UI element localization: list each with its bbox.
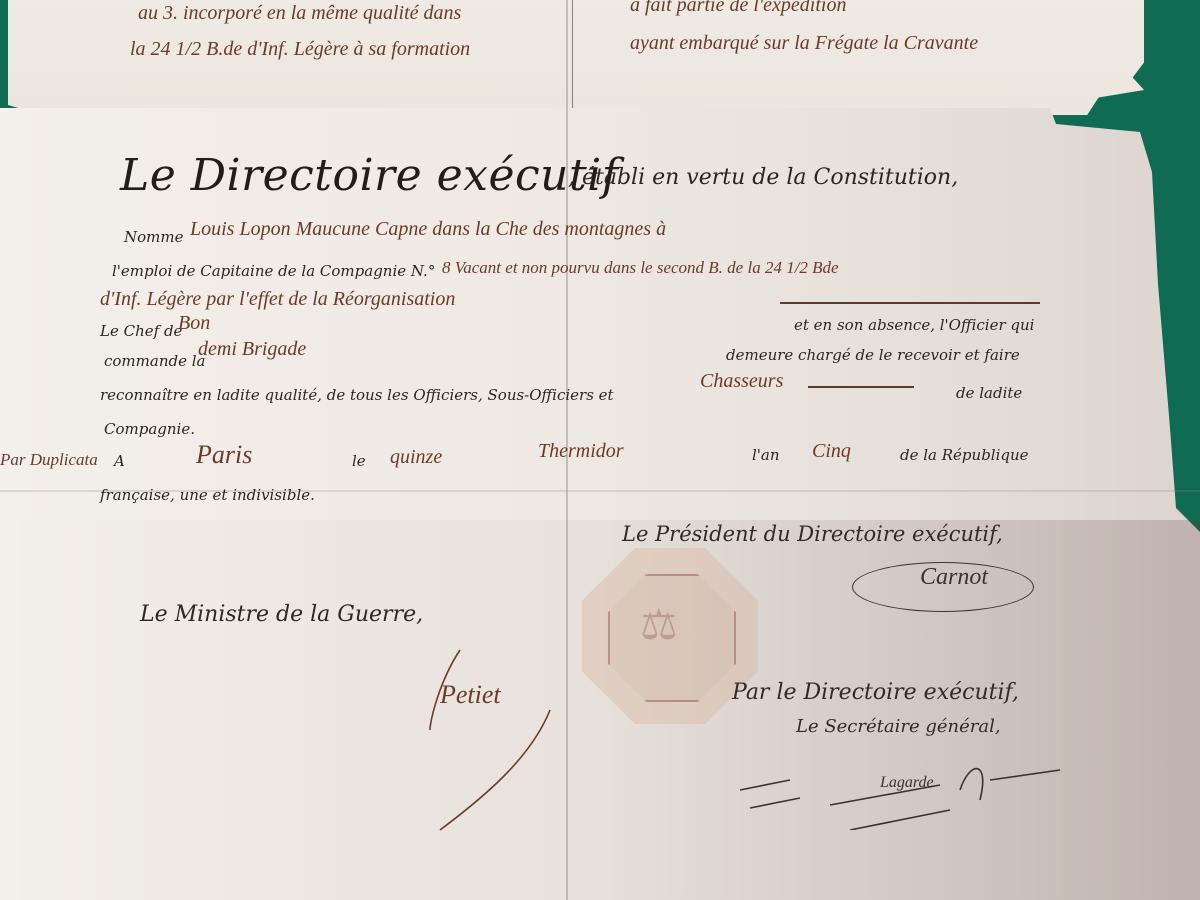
printed-a: A bbox=[114, 452, 125, 470]
secretary-title: Le Secrétaire général, bbox=[796, 716, 1001, 737]
handwritten-chasseurs: Chasseurs bbox=[700, 370, 783, 393]
fill-line-6 bbox=[808, 386, 914, 388]
printed-francaise: française, une et indivisible. bbox=[100, 486, 315, 504]
printed-de-ladite: de ladite bbox=[956, 384, 1022, 402]
seal-emblem-icon: ⚖ bbox=[640, 600, 678, 649]
printed-reconnaitre: reconnaître en ladite qualité, de tous l… bbox=[100, 386, 614, 404]
handwritten-month: Thermidor bbox=[538, 440, 624, 463]
handwritten-duplicata: Par Duplicata bbox=[0, 450, 98, 470]
signature-flourish bbox=[852, 562, 1034, 612]
printed-emploi: l'emploi de Capitaine de la Compagnie N.… bbox=[112, 262, 435, 280]
handwritten-year: Cinq bbox=[812, 440, 851, 463]
handwritten-day: quinze bbox=[390, 446, 442, 469]
minister-signature-stroke bbox=[420, 640, 580, 840]
printed-demeure: demeure chargé de le recevoir et faire bbox=[726, 346, 1020, 364]
heading-continuation: , établi en vertu de la Constitution, bbox=[568, 165, 958, 190]
fold-line-top bbox=[572, 0, 573, 110]
printed-chef: Le Chef de bbox=[100, 322, 182, 340]
upper-right-line-2: ayant embarqué sur la Frégate la Cravant… bbox=[630, 32, 978, 55]
upper-right-line-1: a fait partie de l'expédition bbox=[630, 0, 846, 17]
printed-commande: commande la bbox=[104, 352, 205, 370]
handwritten-company: 8 Vacant et non pourvu dans le second B.… bbox=[442, 258, 839, 278]
printed-compagnie: Compagnie. bbox=[104, 420, 195, 438]
upper-left-line-2: la 24 1/2 B.de d'Inf. Légère à sa format… bbox=[130, 38, 470, 61]
printed-absence: et en son absence, l'Officier qui bbox=[794, 316, 1034, 334]
upper-left-line-1: au 3. incorporé en la même qualité dans bbox=[138, 2, 461, 25]
printed-le: le bbox=[352, 452, 366, 470]
printed-republique: de la République bbox=[900, 446, 1029, 464]
handwritten-reorganisation: d'Inf. Légère par l'effet de la Réorgani… bbox=[100, 288, 455, 311]
fill-line-3 bbox=[780, 302, 1040, 304]
printed-lan: l'an bbox=[752, 446, 780, 464]
handwritten-nominee: Louis Lopon Maucune Capne dans la Che de… bbox=[190, 218, 666, 241]
handwritten-demi-brigade: demi Brigade bbox=[198, 338, 306, 361]
printed-nomme: Nomme bbox=[124, 228, 183, 246]
document-heading: Le Directoire exécutif bbox=[120, 150, 619, 201]
secretary-signature-flourish bbox=[730, 750, 1090, 830]
handwritten-bon: Bon bbox=[178, 312, 210, 335]
handwritten-place: Paris bbox=[196, 440, 252, 470]
president-title: Le Président du Directoire exécutif, bbox=[622, 522, 1003, 546]
minister-title: Le Ministre de la Guerre, bbox=[140, 602, 423, 627]
by-directory-title: Par le Directoire exécutif, bbox=[732, 680, 1019, 705]
